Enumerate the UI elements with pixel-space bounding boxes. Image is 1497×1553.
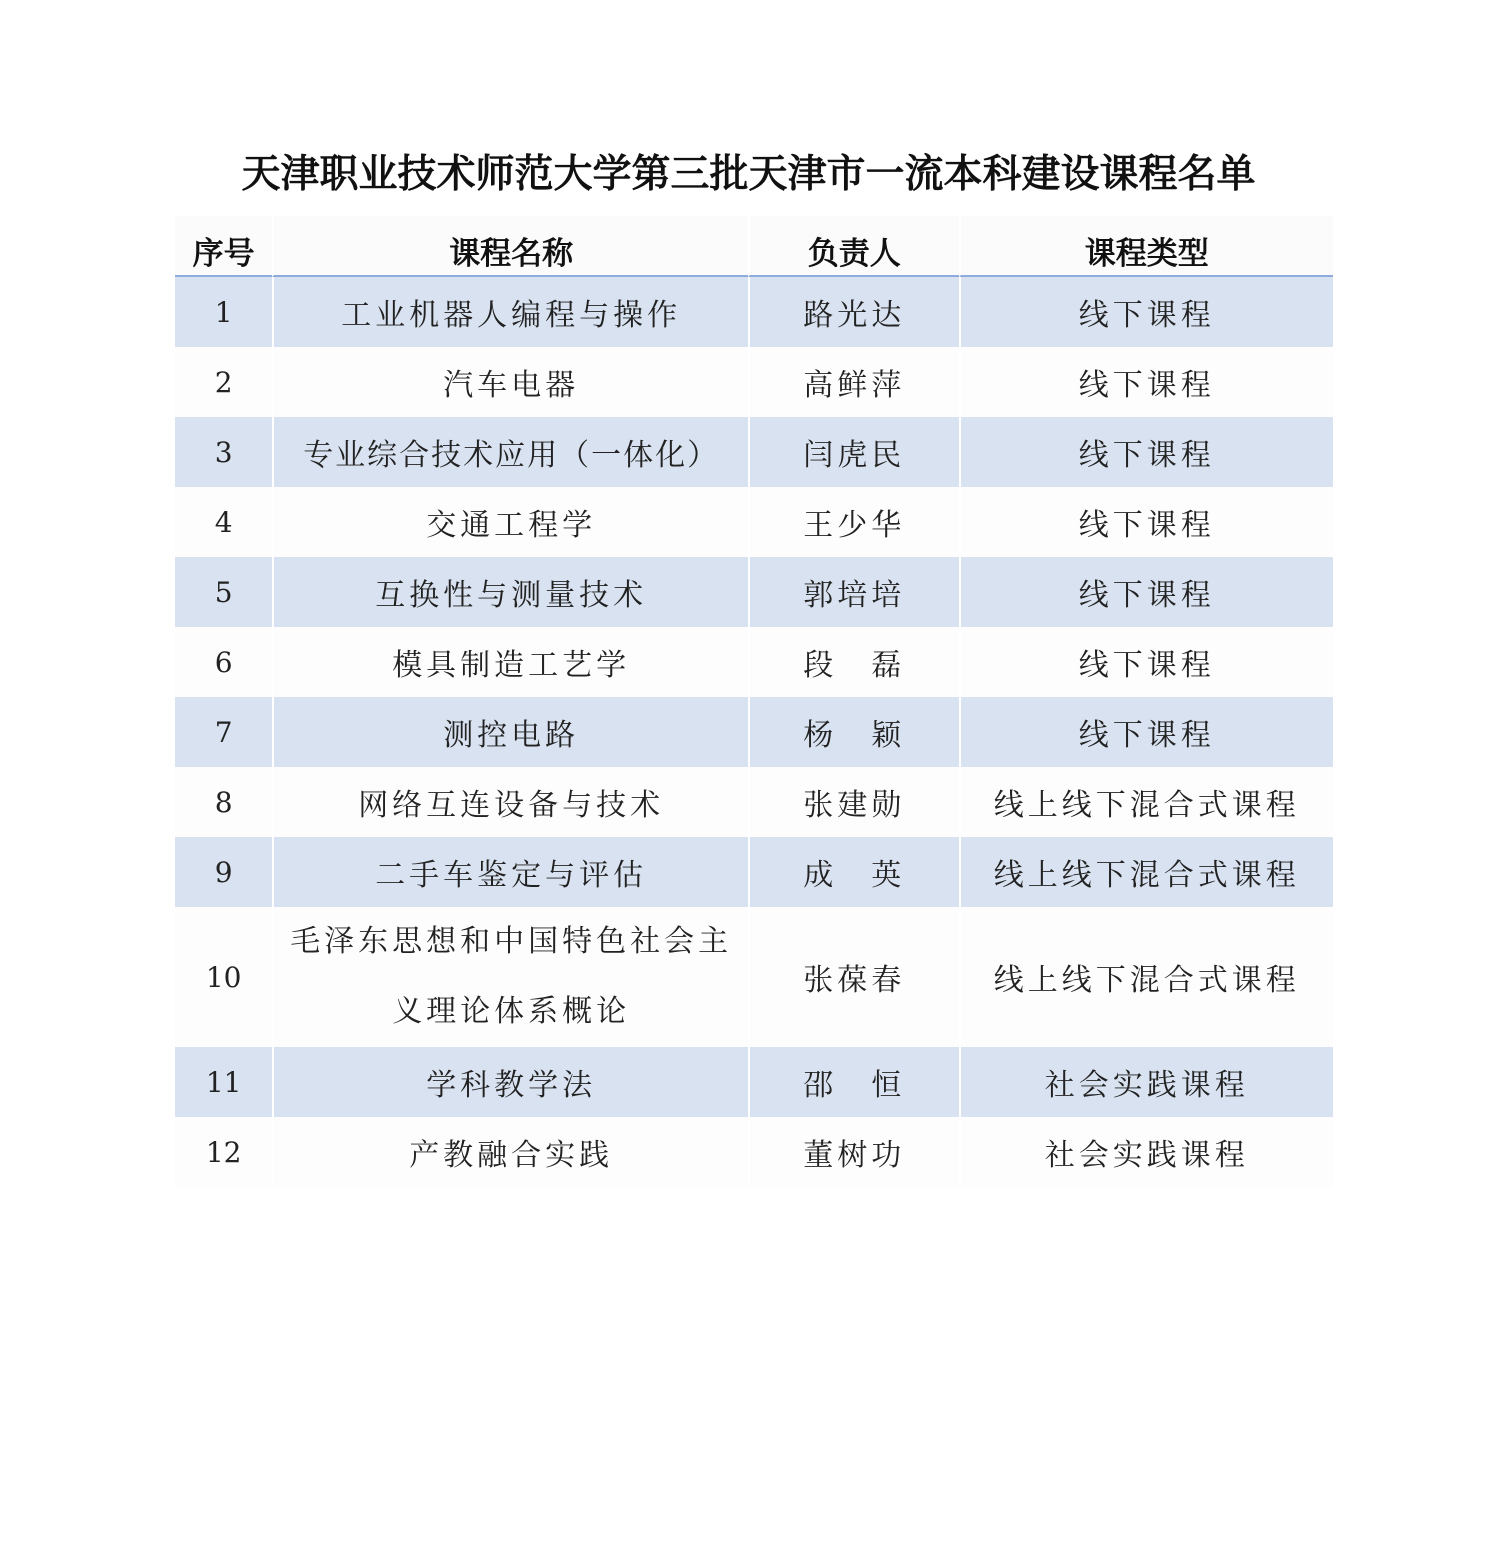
cell-leader: 张建勋 [748,767,959,837]
table-row: 10 毛泽东思想和中国特色社会主 义理论体系概论 张葆春 线上线下混合式课程 [175,907,1333,1047]
cell-course-type: 社会实践课程 [959,1117,1333,1187]
table-row: 8 网络互连设备与技术 张建勋 线上线下混合式课程 [175,767,1333,837]
cell-no: 4 [175,487,272,557]
table-row: 12 产教融合实践 董树功 社会实践课程 [175,1117,1333,1187]
cell-course-name: 工业机器人编程与操作 [272,277,748,347]
cell-leader: 成 英 [748,837,959,907]
cell-course-type: 线上线下混合式课程 [959,837,1333,907]
cell-course-type: 线下课程 [959,487,1333,557]
cell-no: 7 [175,697,272,767]
header-course-type: 课程类型 [959,216,1333,277]
cell-leader: 董树功 [748,1117,959,1187]
document-title: 天津职业技术师范大学第三批天津市一流本科建设课程名单 [0,143,1497,199]
table-row: 3 专业综合技术应用（一体化） 闫虎民 线下课程 [175,417,1333,487]
cell-course-type: 线下课程 [959,347,1333,417]
cell-course-name: 产教融合实践 [272,1117,748,1187]
header-no: 序号 [175,216,272,277]
course-name-line-1: 毛泽东思想和中国特色社会主 [274,907,748,977]
cell-course-type: 线上线下混合式课程 [959,907,1333,1047]
cell-course-name: 互换性与测量技术 [272,557,748,627]
table-row: 11 学科教学法 邵 恒 社会实践课程 [175,1047,1333,1117]
cell-course-name: 模具制造工艺学 [272,627,748,697]
table-row: 6 模具制造工艺学 段 磊 线下课程 [175,627,1333,697]
cell-course-type: 线上线下混合式课程 [959,767,1333,837]
table-header-row: 序号 课程名称 负责人 课程类型 [175,216,1333,277]
header-leader: 负责人 [748,216,959,277]
cell-course-type: 线下课程 [959,277,1333,347]
cell-course-type: 线下课程 [959,697,1333,767]
cell-no: 12 [175,1117,272,1187]
cell-no: 1 [175,277,272,347]
cell-leader: 张葆春 [748,907,959,1047]
table-row: 2 汽车电器 高鲜萍 线下课程 [175,347,1333,417]
cell-no: 11 [175,1047,272,1117]
cell-leader: 闫虎民 [748,417,959,487]
cell-course-type: 线下课程 [959,557,1333,627]
cell-course-name: 交通工程学 [272,487,748,557]
cell-course-type: 线下课程 [959,627,1333,697]
cell-course-name: 毛泽东思想和中国特色社会主 义理论体系概论 [272,907,748,1047]
cell-course-name: 二手车鉴定与评估 [272,837,748,907]
cell-leader: 王少华 [748,487,959,557]
cell-course-name: 专业综合技术应用（一体化） [272,417,748,487]
cell-leader: 段 磊 [748,627,959,697]
course-list-table: 序号 课程名称 负责人 课程类型 1 工业机器人编程与操作 路光达 线下课程 2… [175,216,1333,1187]
cell-no: 2 [175,347,272,417]
cell-leader: 路光达 [748,277,959,347]
cell-leader: 杨 颖 [748,697,959,767]
table-row: 9 二手车鉴定与评估 成 英 线上线下混合式课程 [175,837,1333,907]
cell-no: 5 [175,557,272,627]
course-name-line-2: 义理论体系概论 [274,977,748,1047]
table-row: 5 互换性与测量技术 郭培培 线下课程 [175,557,1333,627]
cell-no: 9 [175,837,272,907]
cell-leader: 高鲜萍 [748,347,959,417]
table-row: 7 测控电路 杨 颖 线下课程 [175,697,1333,767]
header-course-name: 课程名称 [272,216,748,277]
cell-no: 8 [175,767,272,837]
cell-course-type: 线下课程 [959,417,1333,487]
table-row: 4 交通工程学 王少华 线下课程 [175,487,1333,557]
table-row: 1 工业机器人编程与操作 路光达 线下课程 [175,277,1333,347]
cell-no: 6 [175,627,272,697]
cell-no: 10 [175,907,272,1047]
cell-course-name: 汽车电器 [272,347,748,417]
cell-course-type: 社会实践课程 [959,1047,1333,1117]
cell-course-name: 测控电路 [272,697,748,767]
cell-leader: 邵 恒 [748,1047,959,1117]
cell-leader: 郭培培 [748,557,959,627]
cell-no: 3 [175,417,272,487]
cell-course-name: 学科教学法 [272,1047,748,1117]
cell-course-name: 网络互连设备与技术 [272,767,748,837]
